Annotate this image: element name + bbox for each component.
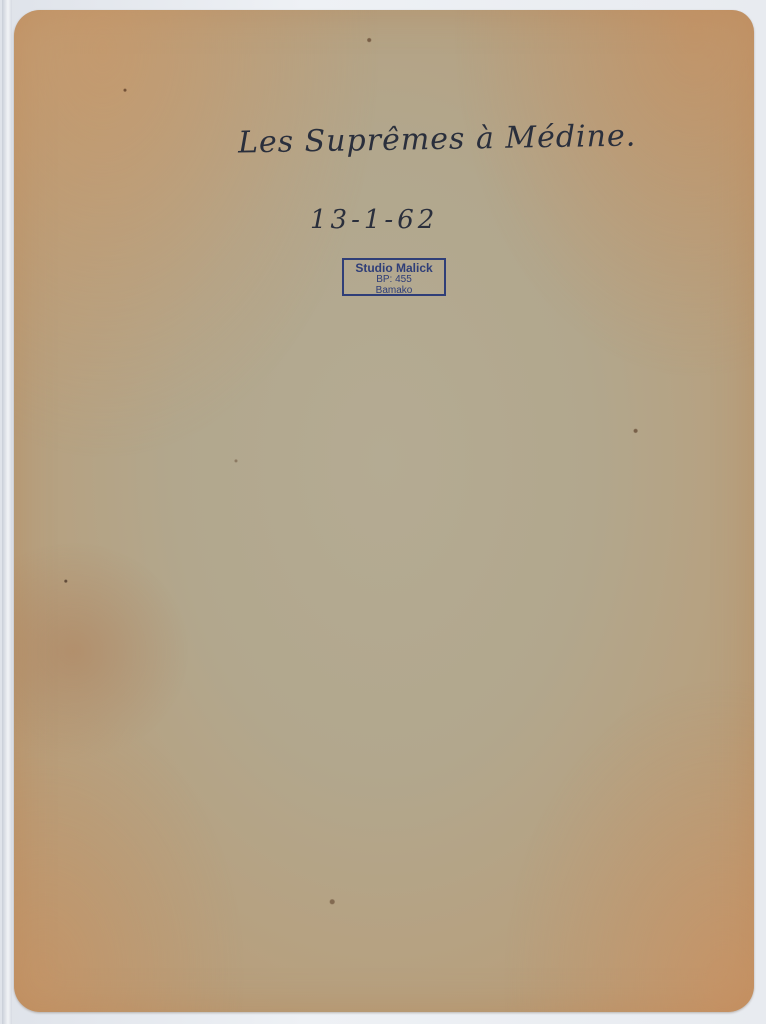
photo-mount-back: Les Suprêmes à Médine. 13-1-62 Studio Ma…	[14, 10, 754, 1012]
backdrop-edge	[2, 0, 12, 1024]
stamp-studio-name: Studio Malick	[344, 262, 444, 274]
stamp-po-box: BP: 455	[344, 275, 444, 285]
handwritten-title: Les Suprêmes à Médine.	[238, 119, 637, 161]
handwritten-date: 13-1-62	[310, 205, 438, 235]
studio-stamp: Studio Malick BP: 455 Bamako	[342, 258, 446, 296]
stamp-city: Bamako	[344, 286, 444, 296]
